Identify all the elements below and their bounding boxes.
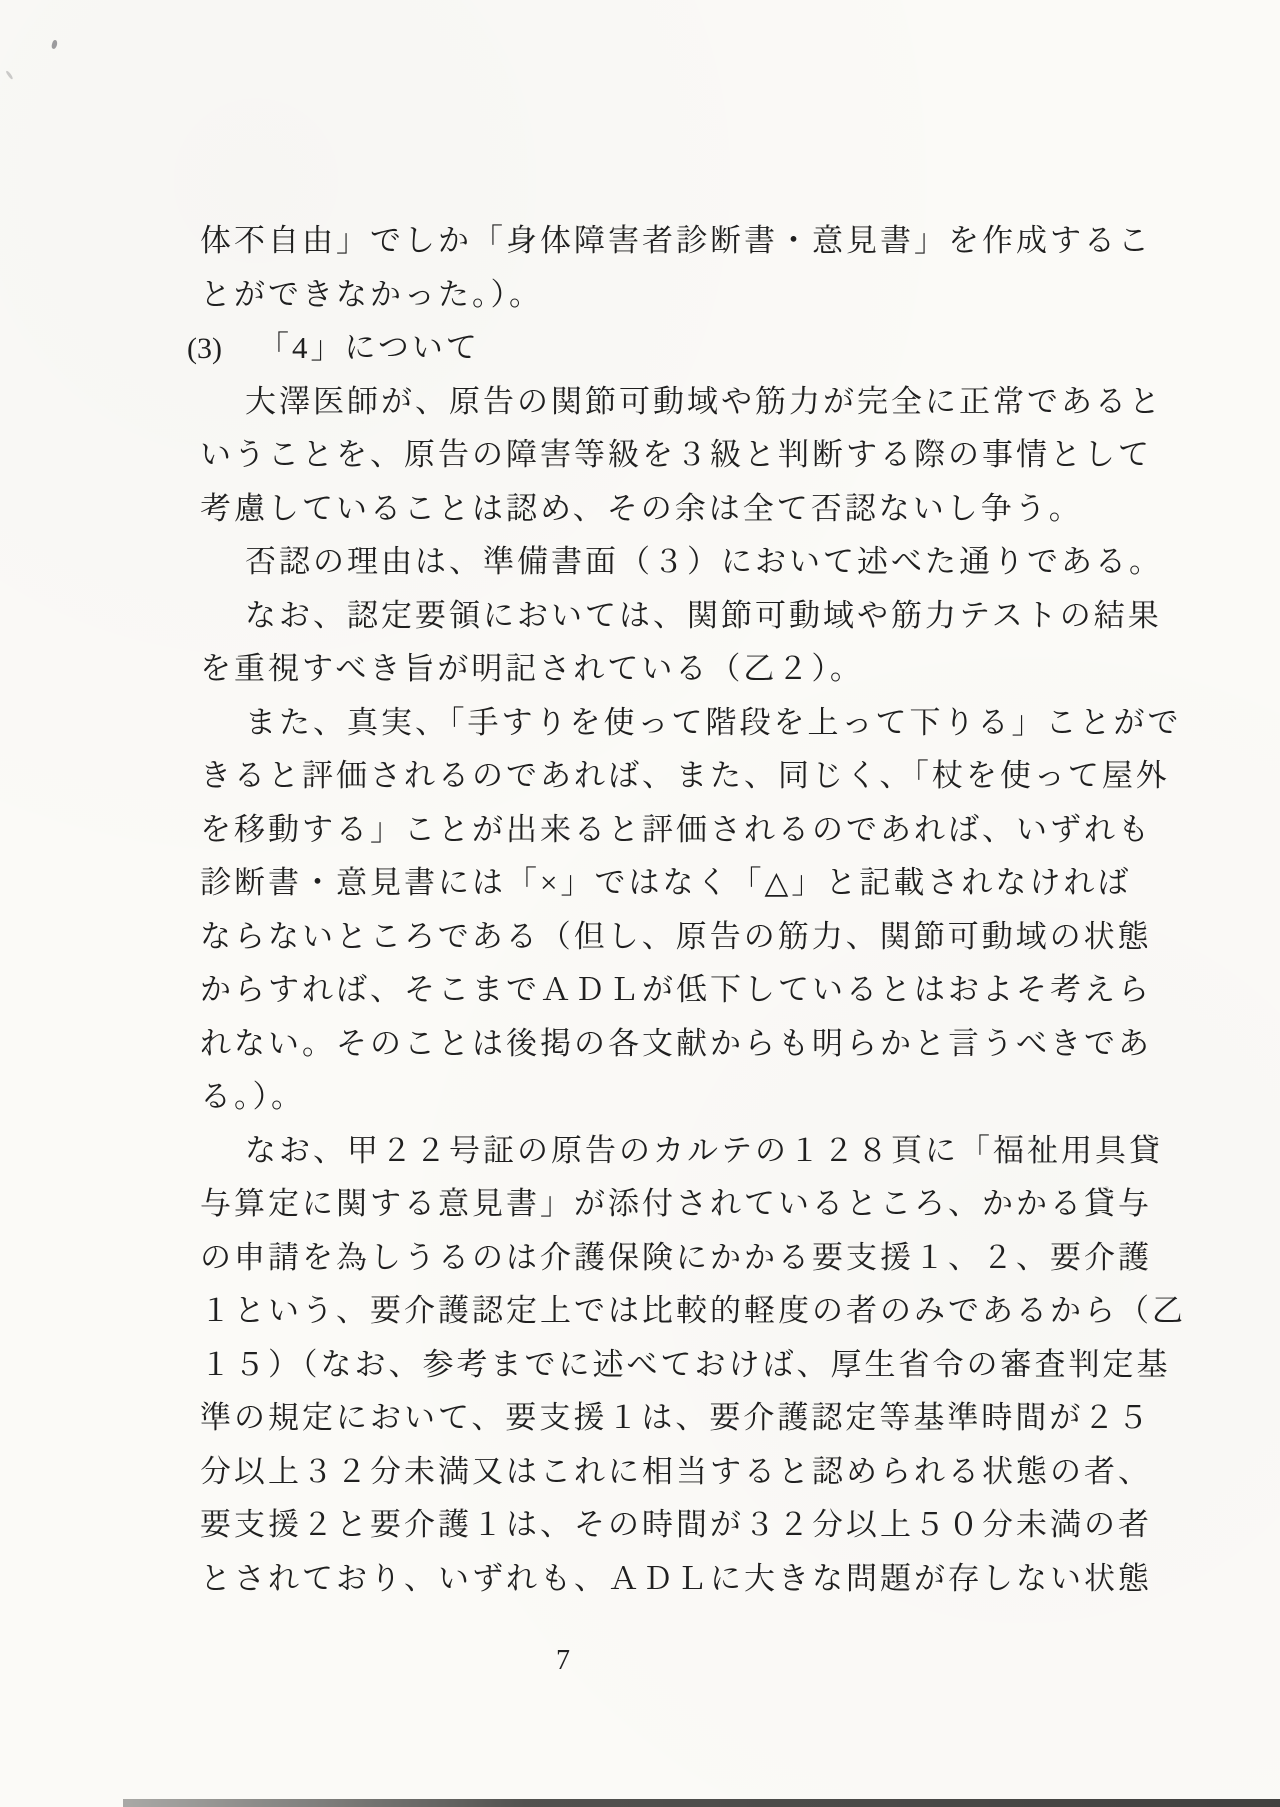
text-line: 考慮していることは認め、その余は全て否認ないし争う。 [200,482,1190,536]
text-line: なお、甲２２号証の原告のカルテの１２８頁に「福祉用具貸 [200,1124,1190,1178]
text-line: 否認の理由は、準備書面（３）において述べた通りである。 [200,535,1190,589]
text-line: る。）。 [200,1070,1190,1124]
section-marker: (3) [187,322,222,376]
text-line: 分以上３２分未満又はこれに相当すると認められる状態の者、 [200,1445,1190,1499]
text-line: いうことを、原告の障害等級を３級と判断する際の事情として [200,428,1190,482]
text-line: なお、認定要領においては、関節可動域や筋力テストの結果 [200,589,1190,643]
text-line: 大澤医師が、原告の関節可動域や筋力が完全に正常であると [200,375,1190,429]
scan-speck [5,70,13,80]
scanned-legal-document-page: 体不自由」でしか「身体障害者診断書・意見書」を作成するこ とができなかった。）。… [0,0,1280,1807]
text-line: 要支援２と要介護１は、その時間が３２分以上５０分未満の者 [200,1498,1190,1552]
text-line: を重視すべき旨が明記されている（乙２）。 [200,642,1190,696]
text-line: また、真実、「手すりを使って階段を上って下りる」ことがで [200,696,1190,750]
text-line: 与算定に関する意見書」が添付されているところ、かかる貸与 [200,1177,1190,1231]
page-number: 7 [543,1645,583,1677]
document-body: 体不自由」でしか「身体障害者診断書・意見書」を作成するこ とができなかった。）。… [200,214,1190,1605]
scan-bottom-edge-artifact [123,1799,1280,1807]
text-line: とができなかった。）。 [200,268,1190,322]
section-title: 「4」について [258,321,480,375]
text-line: とされており、いずれも、ＡＤＬに大きな問題が存しない状態 [200,1552,1190,1606]
text-line: 準の規定において、要支援１は、要介護認定等基準時間が２５ [200,1391,1190,1445]
text-line: の申請を為しうるのは介護保険にかかる要支援１、２、要介護 [200,1231,1190,1285]
text-line: を移動する」ことが出来ると評価されるのであれば、いずれも [200,803,1190,857]
text-line: １という、要介護認定上では比較的軽度の者のみであるから（乙 [200,1284,1190,1338]
text-line: 体不自由」でしか「身体障害者診断書・意見書」を作成するこ [200,214,1190,268]
text-line: きると評価されるのであれば、また、同じく、「杖を使って屋外 [200,749,1190,803]
text-line: ならないところである（但し、原告の筋力、関節可動域の状態 [200,910,1190,964]
text-line: からすれば、そこまでＡＤＬが低下しているとはおよそ考えら [200,963,1190,1017]
section-heading: (3) 「4」について [200,321,1190,375]
text-line: れない。そのことは後掲の各文献からも明らかと言うべきであ [200,1017,1190,1071]
text-line: １５）（なお、参考までに述べておけば、厚生省令の審査判定基 [200,1338,1190,1392]
scan-speck [51,39,59,49]
text-line: 診断書・意見書には「×」ではなく「△」と記載されなければ [200,856,1190,910]
